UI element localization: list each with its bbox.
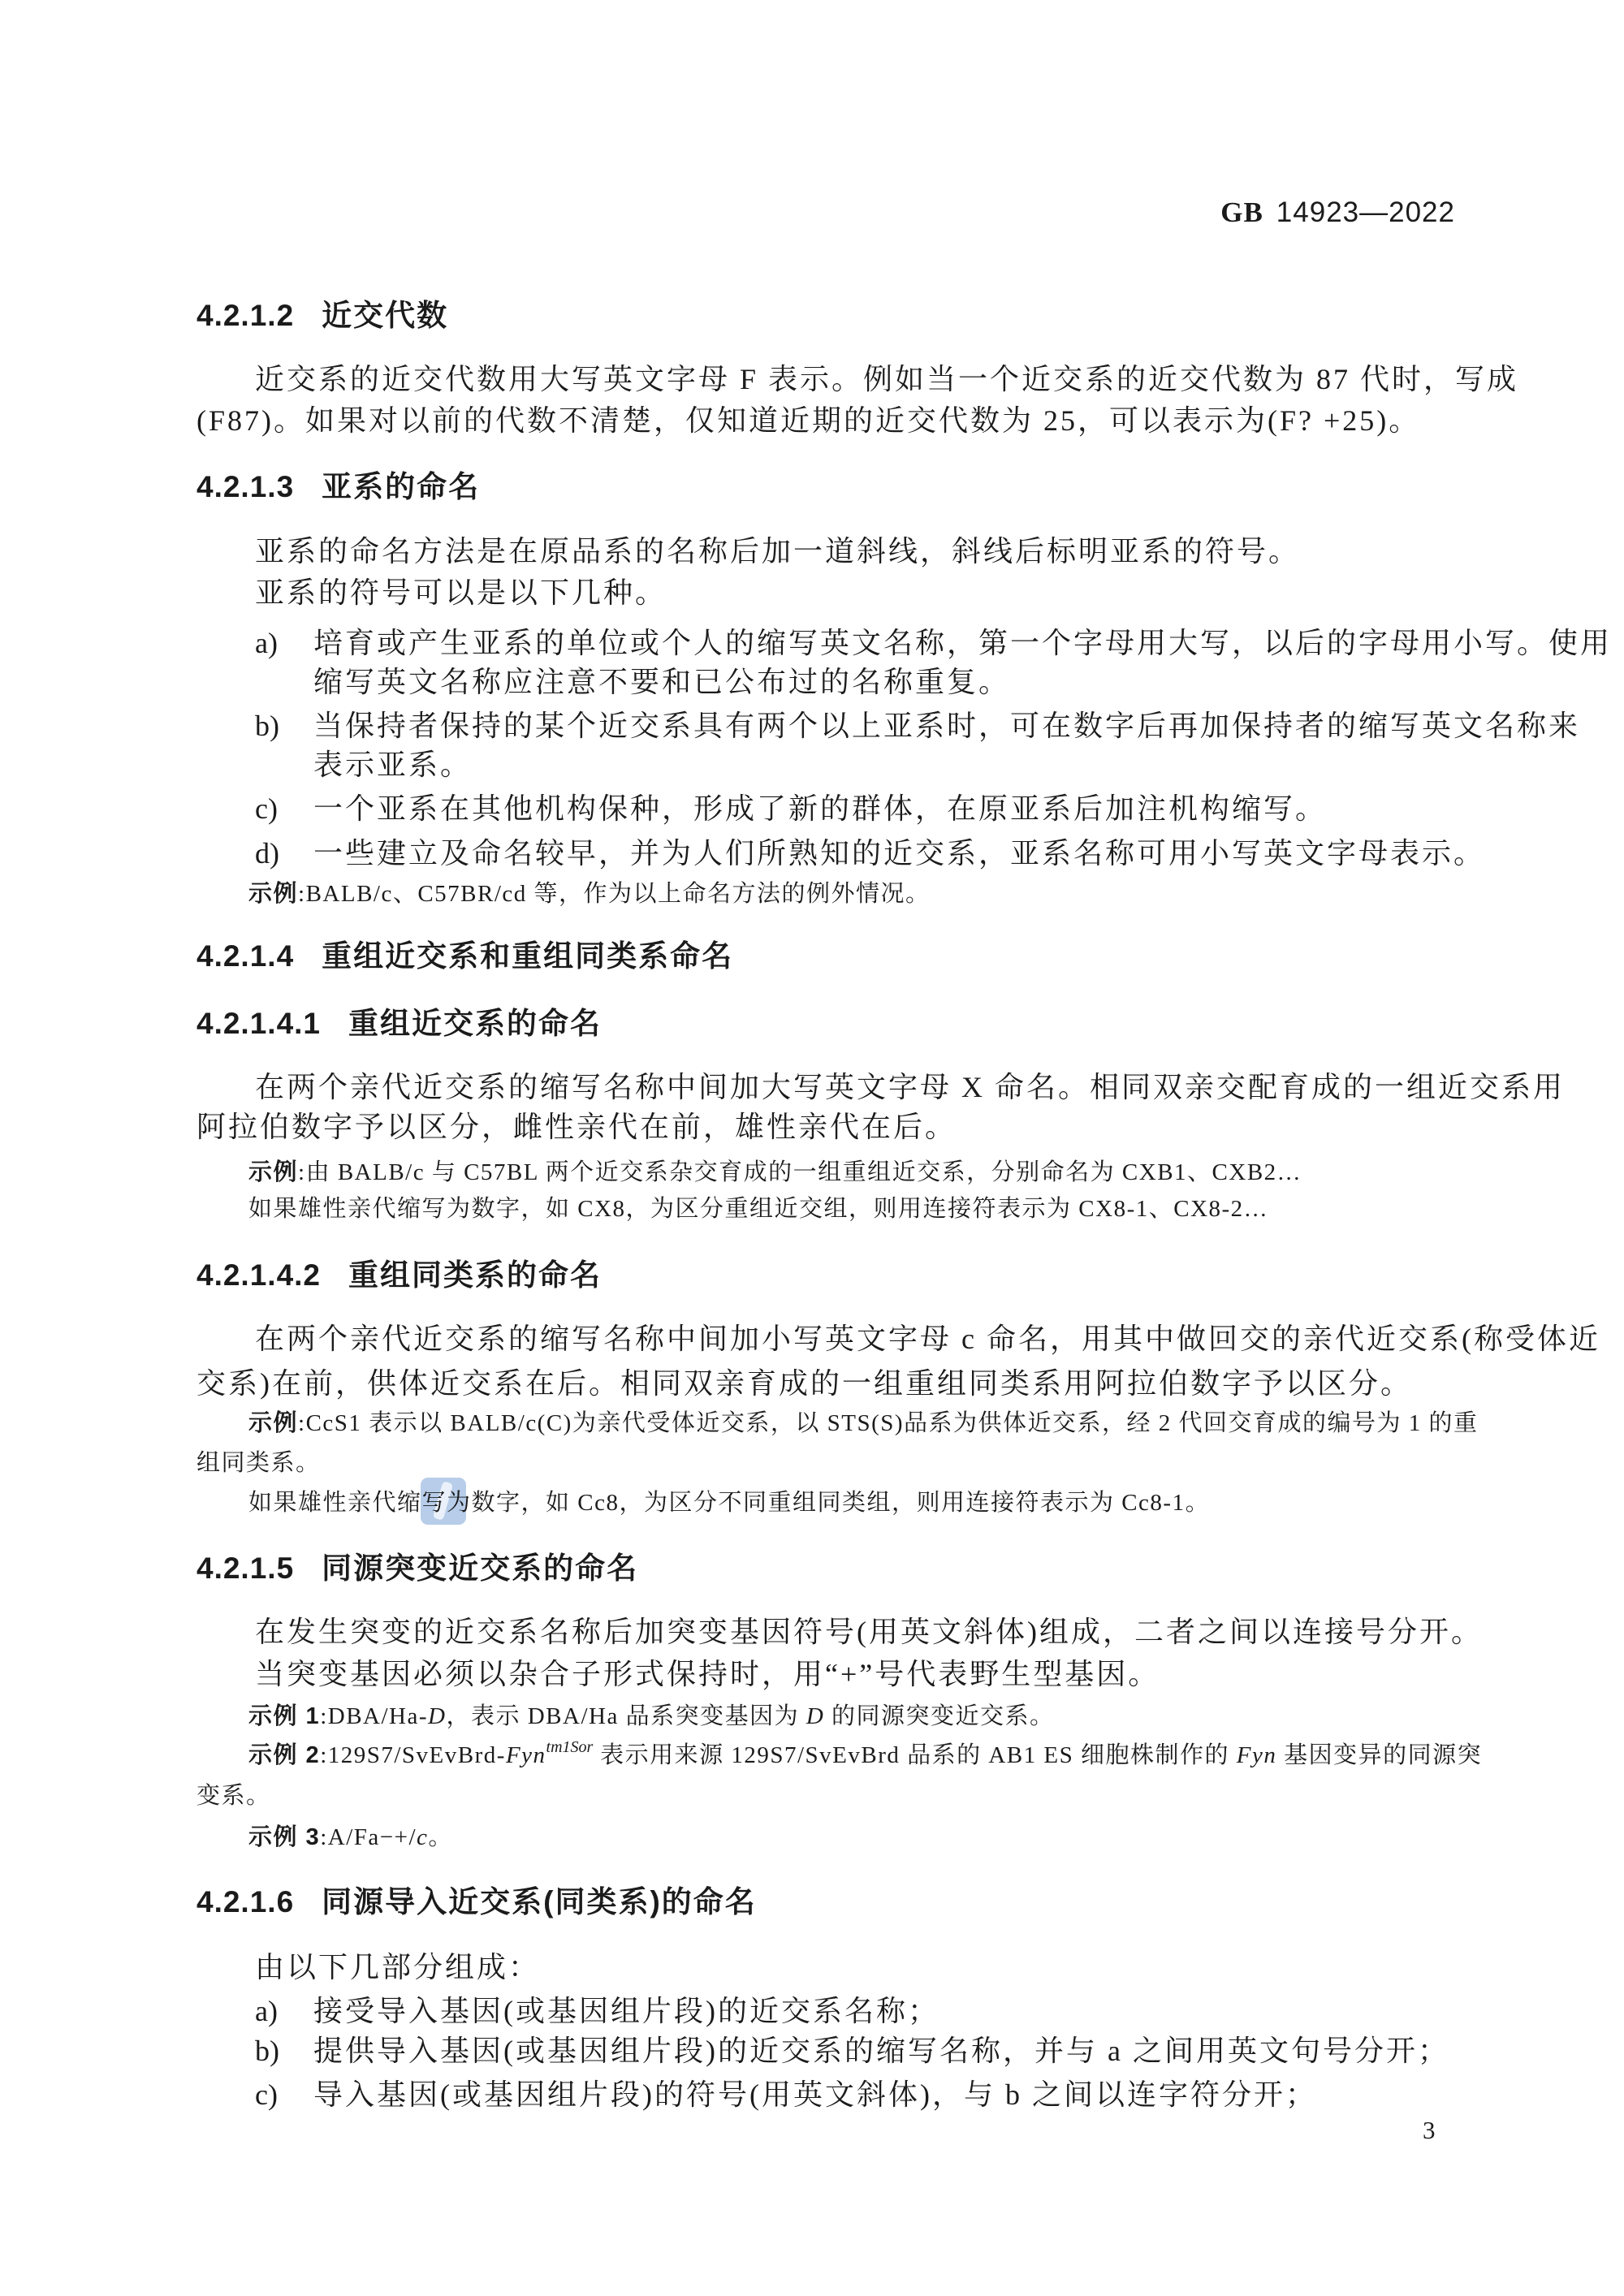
standard-prefix: GB — [1220, 196, 1263, 228]
list-marker: b) — [255, 710, 313, 742]
example-label: 示例 — [248, 881, 298, 907]
example-text: 。 — [428, 1824, 453, 1850]
list-item-text: 一些建立及命名较早，并为人们所熟知的近交系，亚系名称可用小写英文字母表示。 — [313, 837, 1485, 870]
paragraph-line: 在两个亲代近交系的缩写名称中间加小写英文字母 c 命名，用其中做回交的亲代近交系… — [255, 1323, 1600, 1355]
example-text: 表示用来源 129S7/SvEvBrd 品系的 AB1 ES 细胞株制作的 — [593, 1742, 1236, 1768]
example-continuation: 变系。 — [197, 1783, 271, 1809]
list-item-a: a)培育或产生亚系的单位或个人的缩写英文名称，第一个字母用大写，以后的字母用小写… — [255, 627, 1612, 659]
list-marker: c) — [255, 2078, 313, 2111]
gene-symbol-italic: D — [806, 1703, 824, 1729]
example-text: :CcS1 表示以 BALB/c(C)为亲代受体近交系，以 STS(S)品系为供… — [298, 1410, 1479, 1436]
example-label: 示例 1 — [248, 1703, 320, 1729]
document-page: GB14923—2022 4.2.1.2近交代数 近交系的近交代数用大写英文字母… — [0, 0, 1624, 2296]
list-item-c: c)一个亚系在其他机构保种，形成了新的群体，在原亚系后加注机构缩写。 — [255, 792, 1327, 825]
heading-number: 4.2.1.5 — [197, 1552, 294, 1585]
paragraph-line: 亚系的命名方法是在原品系的名称后加一道斜线，斜线后标明亚系的符号。 — [255, 535, 1300, 568]
gene-symbol-italic: Fyn — [1237, 1742, 1277, 1768]
list-marker: c) — [255, 792, 313, 825]
paragraph-line: 在发生突变的近交系名称后加突变基因符号(用英文斜体)组成，二者之间以连接号分开。 — [255, 1616, 1483, 1648]
example-text: :DBA/Ha- — [320, 1703, 428, 1729]
paragraph-line: 阿拉伯数字予以区分，雌性亲代在前，雄性亲代在后。 — [197, 1111, 957, 1143]
example-label: 示例 2 — [248, 1742, 320, 1768]
list-item-continuation: 表示亚系。 — [313, 749, 472, 781]
example-continuation: 组同类系。 — [197, 1450, 321, 1476]
paragraph-line: 亚系的符号可以是以下几种。 — [255, 576, 667, 609]
example-line: 示例:CcS1 表示以 BALB/c(C)为亲代受体近交系，以 STS(S)品系… — [248, 1410, 1479, 1436]
heading-number: 4.2.1.3 — [197, 470, 294, 503]
heading-title: 重组同类系的命名 — [348, 1258, 602, 1292]
gene-symbol-italic: Fyn — [506, 1742, 546, 1768]
example-label: 示例 — [248, 1159, 298, 1185]
example-text: 的同源突变近交系。 — [824, 1703, 1054, 1729]
heading-number: 4.2.1.4 — [197, 939, 294, 973]
gene-symbol-italic: D — [428, 1703, 446, 1729]
standard-code: 14923—2022 — [1276, 196, 1455, 228]
list-item-text: 接受导入基因(或基因组片段)的近交系名称； — [313, 1995, 939, 2027]
list-item-text: 导入基因(或基因组片段)的符号(用英文斜体)，与 b 之间以连字符分开； — [313, 2078, 1317, 2111]
paragraph-line: 交系)在前，供体近交系在后。相同双亲育成的一组重组同类系用阿拉伯数字予以区分。 — [197, 1367, 1412, 1400]
example-line: 示例:由 BALB/c 与 C57BL 两个近交系杂交育成的一组重组近交系，分别… — [248, 1159, 1302, 1185]
gene-symbol-italic: c — [417, 1824, 428, 1850]
heading-title: 重组近交系的命名 — [348, 1007, 602, 1040]
heading-title: 近交代数 — [322, 299, 448, 332]
example-text: ，表示 DBA/Ha 品系突变基因为 — [446, 1703, 806, 1729]
list-item-text: 一个亚系在其他机构保种，形成了新的群体，在原亚系后加注机构缩写。 — [313, 792, 1327, 825]
list-item-d: d)一些建立及命名较早，并为人们所熟知的近交系，亚系名称可用小写英文字母表示。 — [255, 837, 1485, 870]
list-marker: a) — [255, 627, 313, 659]
heading-number: 4.2.1.4.1 — [197, 1007, 321, 1040]
example-line-3: 示例 3:A/Fa−+/c。 — [248, 1824, 453, 1850]
note-line: 如果雄性亲代缩写为数字，如 Cc8，为区分不同重组同类组，则用连接符表示为 Cc… — [248, 1490, 1210, 1516]
paragraph-line: 近交系的近交代数用大写英文字母 F 表示。例如当一个近交系的近交代数为 87 代… — [255, 363, 1518, 395]
paragraph-line: (F87)。如果对以前的代数不清楚，仅知道近期的近交代数为 25，可以表示为(F… — [197, 404, 1420, 437]
heading-title: 重组近交系和重组同类系命名 — [322, 939, 733, 973]
example-line-2: 示例 2:129S7/SvEvBrd-Fyntm1Sor 表示用来源 129S7… — [248, 1742, 1482, 1768]
allele-superscript: tm1Sor — [546, 1738, 594, 1756]
example-label: 示例 — [248, 1410, 298, 1436]
example-line: 示例:BALB/c、C57BR/cd 等，作为以上命名方法的例外情况。 — [248, 881, 931, 907]
section-heading-4-2-1-3: 4.2.1.3亚系的命名 — [197, 470, 480, 503]
list-item-text: 培育或产生亚系的单位或个人的缩写英文名称，第一个字母用大写，以后的字母用小写。使… — [313, 627, 1612, 659]
paragraph-line: 在两个亲代近交系的缩写名称中间加大写英文字母 X 命名。相同双亲交配育成的一组近… — [255, 1071, 1565, 1103]
example-text: :129S7/SvEvBrd- — [320, 1742, 506, 1768]
example-text: :BALB/c、C57BR/cd 等，作为以上命名方法的例外情况。 — [298, 881, 931, 907]
list-item-text: 提供导入基因(或基因组片段)的近交系的缩写名称，并与 a 之间用英文句号分开； — [313, 2035, 1449, 2067]
list-item-b: b)提供导入基因(或基因组片段)的近交系的缩写名称，并与 a 之间用英文句号分开… — [255, 2035, 1449, 2067]
example-text: :A/Fa−+/ — [320, 1824, 417, 1850]
list-item-a: a)接受导入基因(或基因组片段)的近交系名称； — [255, 1995, 939, 2027]
page-number: 3 — [1423, 2116, 1436, 2145]
paragraph-line: 由以下几部分组成： — [255, 1951, 540, 1983]
heading-number: 4.2.1.2 — [197, 299, 294, 332]
section-heading-4-2-1-4-2: 4.2.1.4.2重组同类系的命名 — [197, 1258, 602, 1292]
paragraph-line: 当突变基因必须以杂合子形式保持时，用“+”号代表野生型基因。 — [255, 1658, 1160, 1690]
section-heading-4-2-1-2: 4.2.1.2近交代数 — [197, 299, 448, 332]
list-item-continuation: 缩写英文名称应注意不要和已公布过的名称重复。 — [313, 666, 1010, 698]
example-label: 示例 3 — [248, 1824, 320, 1850]
running-header: GB14923—2022 — [1220, 196, 1455, 229]
list-marker: d) — [255, 837, 313, 870]
list-item-b: b)当保持者保持的某个近交系具有两个以上亚系时，可在数字后再加保持者的缩写英文名… — [255, 710, 1580, 742]
list-item-text: 当保持者保持的某个近交系具有两个以上亚系时，可在数字后再加保持者的缩写英文名称来 — [313, 710, 1580, 742]
heading-number: 4.2.1.6 — [197, 1885, 294, 1918]
list-item-c: c)导入基因(或基因组片段)的符号(用英文斜体)，与 b 之间以连字符分开； — [255, 2078, 1317, 2111]
list-marker: a) — [255, 1995, 313, 2027]
section-heading-4-2-1-5: 4.2.1.5同源突变近交系的命名 — [197, 1552, 638, 1585]
example-line-1: 示例 1:DBA/Ha-D，表示 DBA/Ha 品系突变基因为 D 的同源突变近… — [248, 1703, 1055, 1729]
heading-title: 亚系的命名 — [322, 470, 480, 503]
example-text: 基因变异的同源突 — [1276, 1742, 1482, 1768]
heading-title: 同源导入近交系(同类系)的命名 — [322, 1885, 757, 1918]
section-heading-4-2-1-4: 4.2.1.4重组近交系和重组同类系命名 — [197, 939, 733, 973]
heading-title: 同源突变近交系的命名 — [322, 1552, 638, 1585]
note-line: 如果雄性亲代缩写为数字，如 CX8，为区分重组近交组，则用连接符表示为 CX8-… — [248, 1196, 1268, 1222]
section-heading-4-2-1-6: 4.2.1.6同源导入近交系(同类系)的命名 — [197, 1885, 757, 1918]
heading-number: 4.2.1.4.2 — [197, 1258, 321, 1292]
example-text: :由 BALB/c 与 C57BL 两个近交系杂交育成的一组重组近交系，分别命名… — [298, 1159, 1302, 1185]
list-marker: b) — [255, 2035, 313, 2067]
section-heading-4-2-1-4-1: 4.2.1.4.1重组近交系的命名 — [197, 1007, 602, 1040]
